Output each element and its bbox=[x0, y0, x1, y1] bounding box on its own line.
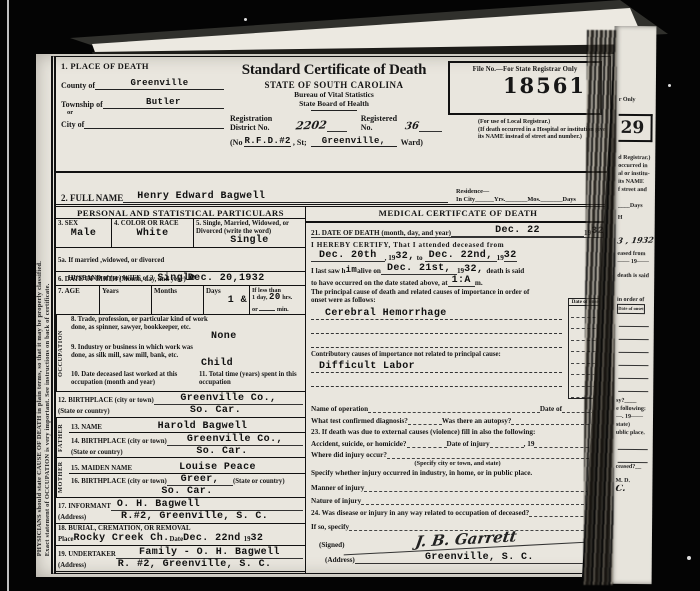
mother-bp-value: Greer, bbox=[167, 474, 233, 486]
burial-date-label: Date bbox=[170, 536, 184, 544]
medical-section-title: MEDICAL CERTIFCATE OF DEATH bbox=[306, 207, 610, 223]
street-value: R.F.D.#2 bbox=[244, 136, 290, 147]
district-blank bbox=[327, 122, 347, 132]
sex-label: 3. SEX bbox=[58, 220, 109, 228]
edge-fragment: f street and bbox=[618, 186, 653, 194]
if-so-label: If so, specify bbox=[311, 523, 349, 531]
age-years-label: Years bbox=[100, 286, 152, 314]
row-operation: Name of operation Date of bbox=[311, 401, 604, 413]
trade-label: 8. Trade, profession, or particular kind… bbox=[71, 316, 211, 342]
next-page-edge: r Only 29 d Registrar.) occurred in al o… bbox=[610, 26, 657, 584]
row-signed: (Signed) J. B. Garrett M. D. bbox=[311, 531, 604, 549]
external-causes-label: 23. If death was due to external causes … bbox=[311, 428, 535, 436]
row-informant: 17. INFORMANT O. H. Bagwell (Address) R.… bbox=[56, 498, 305, 524]
age-less-2: 1 day, bbox=[252, 294, 267, 301]
row-dob: 6. DATE OF BIRTH (Month, day, and year) … bbox=[56, 272, 305, 286]
county-label: County of bbox=[61, 81, 95, 90]
physician-addr-value: Greenville, S. C. bbox=[355, 552, 604, 564]
edge-fragment: in order of bbox=[617, 296, 652, 304]
county-value: Greenville bbox=[95, 78, 224, 90]
signed-label: (Signed) bbox=[319, 541, 345, 549]
local-registrar-note-2: (If death occurred in a Hospital or inst… bbox=[444, 127, 606, 141]
street-ward: Ward) bbox=[401, 138, 423, 147]
city-note: (Specify city or town, and state) bbox=[414, 460, 500, 467]
saw-yr-pre: 19 bbox=[457, 267, 464, 275]
spouse-label-1: 5a. If married ,widowed, or divorced bbox=[58, 257, 164, 264]
row-age: 7. AGE Years Months Days 1 & If less tha… bbox=[56, 286, 305, 315]
row-mother-name: 15. MAIDEN NAME Louise Peace bbox=[69, 458, 305, 474]
father-name-value: Harold Bagwell bbox=[102, 421, 303, 432]
residence-block: Residence— In City______Yrs._______Mos._… bbox=[448, 188, 606, 203]
dod-label: 21. DATE OF DEATH (month, day, and year) bbox=[311, 229, 451, 237]
race-label: 4. COLOR OR RACE bbox=[114, 220, 191, 228]
row-father-birthplace: 14. BIRTHPLACE (city or town) Greenville… bbox=[69, 433, 305, 457]
birthplace-sub: (State or country) bbox=[58, 408, 128, 416]
industry-label: 9. Industry or business in which work wa… bbox=[71, 344, 201, 369]
from-yr-pre: , 19 bbox=[385, 254, 396, 262]
row-where-injury: Where did injury occur? bbox=[311, 448, 604, 459]
city-label: City of bbox=[61, 120, 84, 129]
city-value-blank bbox=[84, 117, 224, 129]
burial-date: Dec. 22nd bbox=[183, 533, 241, 544]
informant-addr-label: (Address) bbox=[58, 514, 86, 522]
edge-fragment: r Only bbox=[619, 96, 654, 104]
accident-label: Accident, suicide, or homicide? bbox=[311, 440, 407, 448]
age-less-4: or bbox=[252, 306, 258, 313]
father-bp-label: 14. BIRTHPLACE (city or town) bbox=[71, 438, 167, 446]
certificate-form: 1. PLACE OF DEATH County of Greenville T… bbox=[51, 56, 611, 574]
street-city: Greenville, bbox=[311, 136, 397, 147]
burial-label: 18. BURIAL, CREMATION, OR REMOVAL bbox=[58, 525, 303, 533]
burial-place-label: Place bbox=[58, 536, 73, 544]
mother-bp-value2: So. Car. bbox=[71, 486, 303, 497]
trade-value: None bbox=[211, 331, 237, 342]
principal-label-2: onset were as follows: bbox=[311, 297, 604, 305]
informant-label: 17. INFORMANT bbox=[58, 503, 111, 511]
edge-fragment: ublic place. bbox=[616, 429, 651, 437]
dust-speck bbox=[687, 556, 691, 560]
operation-label: Name of operation bbox=[311, 405, 368, 413]
row-date-of-death: 21. DATE OF DEATH (month, day, and year)… bbox=[311, 223, 604, 237]
age-less-5: min. bbox=[277, 306, 289, 313]
injury-19: , 19 bbox=[524, 440, 535, 448]
dust-speck bbox=[668, 84, 671, 87]
age-min-blank bbox=[259, 301, 275, 311]
marital-value: Single bbox=[196, 235, 303, 246]
hour-value: 1:A bbox=[448, 275, 475, 287]
undertaker-value: Family - O. H. Bagwell bbox=[116, 547, 303, 559]
attended-from: Dec. 20th bbox=[311, 250, 385, 262]
edge-fragment: ____Days bbox=[618, 202, 653, 210]
informant-value: O. H. Bagwell bbox=[111, 499, 303, 511]
hour-m: m. bbox=[475, 279, 483, 287]
township-label: Township of bbox=[61, 100, 103, 109]
saw-date: Dec. 21st, bbox=[381, 263, 457, 275]
saw-alive: alive on bbox=[357, 267, 381, 275]
physician-addr-label: (Address) bbox=[325, 556, 355, 564]
row-nature: Nature of injury bbox=[311, 492, 604, 505]
file-number-box: File No.—For State Registrar Only 18561 bbox=[448, 61, 602, 115]
row-undertaker: 19. UNDERTAKER Family - O. H. Bagwell (A… bbox=[56, 546, 305, 572]
registered-label: Registered No. bbox=[361, 114, 399, 132]
mother-side-label: MOTHER bbox=[56, 458, 69, 497]
personal-column: PERSONAL AND STATISTICAL PARTICULARS 3. … bbox=[56, 207, 306, 573]
edge-fragment: eased from bbox=[617, 250, 652, 258]
row-accident: Accident, suicide, or homicide? Date of … bbox=[311, 436, 604, 448]
or-label: or bbox=[67, 109, 224, 116]
undertaker-label: 19. UNDERTAKER bbox=[58, 551, 116, 559]
state-line: STATE OF SOUTH CAROLINA bbox=[226, 80, 442, 90]
document-title: Standard Certificate of Death bbox=[226, 62, 442, 79]
saw-him: im bbox=[346, 265, 358, 275]
occupation-side-label: OCCUPATION bbox=[56, 315, 69, 391]
age-less-cell: If less than 1 day, 20 hrs. or min. bbox=[250, 286, 305, 314]
edge-fragment: 3 , 1932 bbox=[617, 236, 655, 245]
row-external-causes: 23. If death was due to external causes … bbox=[311, 425, 604, 436]
edge-fragment: H bbox=[618, 214, 653, 222]
full-name-label: 2. FULL NAME bbox=[61, 193, 123, 203]
row-trade: 8. Trade, profession, or particular kind… bbox=[69, 315, 305, 343]
sex-value: Male bbox=[58, 228, 109, 239]
file-number-block: File No.—For State Registrar Only 18561 … bbox=[442, 57, 610, 171]
dob-value: Dec. 20,1932 bbox=[188, 273, 265, 284]
certify-text: I HEREBY CERTIFY, That I attended deceas… bbox=[311, 241, 504, 249]
nature-label: Nature of injury bbox=[311, 497, 361, 505]
margin-note-line: PHYSICIANS should state CAUSE OF DEATH i… bbox=[36, 96, 43, 556]
row-specify-note: Specify whether injury occurred in indus… bbox=[311, 467, 604, 477]
book-binding-crease bbox=[583, 30, 617, 585]
form-header: 1. PLACE OF DEATH County of Greenville T… bbox=[56, 57, 610, 173]
test-label: What test confirmed diagnosis? bbox=[311, 417, 408, 425]
margin-instructions: PHYSICIANS should state CAUSE OF DEATH i… bbox=[36, 54, 52, 577]
burial-yr: 32 bbox=[251, 533, 264, 544]
street-mid: , St; bbox=[293, 138, 307, 147]
row-birthplace: 12. BIRTHPLACE (city or town) Greenville… bbox=[56, 392, 305, 418]
to-yr: 32 bbox=[504, 250, 517, 262]
bureau-line: Bureau of Vital Statistics bbox=[226, 90, 442, 99]
operation-date-label: Date of bbox=[540, 405, 562, 413]
medical-column: MEDICAL CERTIFCATE OF DEATH 21. DATE OF … bbox=[306, 207, 610, 573]
edge-fragment: Date of onset bbox=[617, 304, 645, 314]
edge-fragment: death is said bbox=[617, 272, 652, 280]
full-name-value: Henry Edward Bagwell bbox=[137, 191, 265, 202]
residence-label: Residence— bbox=[456, 188, 489, 195]
saw-yr: 32, bbox=[464, 264, 483, 275]
district-label: Registration District No. bbox=[230, 114, 294, 132]
certificate-paper: PHYSICIANS should state CAUSE OF DEATH i… bbox=[36, 54, 614, 577]
full-name-row: 2. FULL NAME Henry Edward Bagwell Reside… bbox=[56, 173, 610, 207]
residence-line: In City______Yrs._______Mos._______Days bbox=[456, 196, 576, 203]
to-yr-pre: 19 bbox=[497, 254, 504, 262]
injury-date-label: Date of injury bbox=[447, 440, 490, 448]
contributory-label: Contributory causes of importance not re… bbox=[311, 351, 604, 359]
age-less-3: hrs. bbox=[282, 294, 292, 301]
undertaker-addr: R. #2, Greenville, S. C. bbox=[86, 559, 303, 570]
row-mother-birthplace: 16. BIRTHPLACE (city or town) Greer, (St… bbox=[69, 474, 305, 497]
personal-section-title: PERSONAL AND STATISTICAL PARTICULARS bbox=[56, 207, 305, 219]
manner-label: Manner of injury bbox=[311, 484, 364, 492]
where-injury-label: Where did injury occur? bbox=[311, 451, 387, 459]
file-number-value: 18561 bbox=[450, 73, 600, 98]
principal-cause-value: Cerebral Hemorrhage bbox=[311, 308, 447, 319]
industry-value: Child bbox=[201, 358, 233, 369]
row-industry: 9. Industry or business in which work wa… bbox=[69, 343, 305, 370]
father-bp-value2: So. Car. bbox=[141, 446, 303, 457]
contributory-value: Difficult Labor bbox=[311, 361, 415, 372]
board-line: State Board of Health bbox=[226, 99, 442, 108]
row-sex-race-marital: 3. SEX Male 4. COLOR OR RACE White 5. Si… bbox=[56, 219, 305, 248]
district-value: 2202 bbox=[295, 118, 328, 132]
mother-group: MOTHER 15. MAIDEN NAME Louise Peace 16. … bbox=[56, 458, 305, 498]
row-burial: 18. BURIAL, CREMATION, OR REMOVAL Place … bbox=[56, 524, 305, 546]
attended-to: Dec. 22nd, bbox=[425, 250, 497, 262]
father-name-label: 13. NAME bbox=[71, 424, 102, 432]
row-spouse: 5a. If married ,widowed, or divorced HUS… bbox=[56, 248, 305, 272]
age-days-value: 1 & bbox=[206, 295, 247, 306]
birthplace-label: 12. BIRTHPLACE (city or town) bbox=[58, 397, 154, 405]
certify-block: I HEREBY CERTIFY, That I attended deceas… bbox=[311, 237, 604, 287]
registered-value: 36 bbox=[404, 121, 420, 132]
edge-fragment: C. bbox=[615, 485, 626, 493]
birthplace-value: Greenville Co., bbox=[154, 393, 303, 405]
row-manner: Manner of injury bbox=[311, 477, 604, 492]
photo-edge-line bbox=[7, 0, 9, 591]
occupation-group: OCCUPATION 8. Trade, profession, or part… bbox=[56, 315, 305, 392]
to-label: to bbox=[417, 254, 423, 262]
dust-speck bbox=[244, 18, 247, 21]
undertaker-addr-label: (Address) bbox=[58, 562, 86, 570]
age-days-cell: Days 1 & bbox=[204, 286, 250, 314]
birthplace-value2: So. Car. bbox=[128, 405, 303, 416]
from-yr: 32, bbox=[395, 251, 414, 262]
race-value: White bbox=[114, 228, 191, 239]
place-of-death-title: 1. PLACE OF DEATH bbox=[61, 61, 224, 71]
local-registrar-note-1: (For use of Local Registrar.) bbox=[444, 119, 606, 126]
mother-bp-label: 16. BIRTHPLACE (city or town) bbox=[71, 478, 167, 486]
burial-place: Rocky Creek Ch. bbox=[73, 533, 169, 544]
father-bp-value: Greenville Co., bbox=[167, 434, 303, 446]
divider bbox=[311, 110, 357, 111]
title-block: Standard Certificate of Death STATE OF S… bbox=[226, 57, 442, 171]
edge-fragment: —— 19—— bbox=[617, 258, 652, 266]
occurred-pre: to have occurred on the date stated abov… bbox=[311, 279, 448, 287]
row-filed: 20. FILED 12-24, 19 32 T. R. Jones Regis… bbox=[56, 572, 305, 573]
row-father-name: 13. NAME Harold Bagwell bbox=[69, 418, 305, 433]
father-side-label: FATHER bbox=[56, 418, 69, 457]
street-pre: (No bbox=[230, 138, 242, 147]
mother-name-value: Louise Peace bbox=[132, 462, 303, 473]
marital-label: 5. Single, Married, Widowed, or Divorced… bbox=[196, 220, 303, 235]
file-box-label: File No.—For State Registrar Only bbox=[450, 63, 600, 73]
scanned-death-certificate-photo: PHYSICIANS should state CAUSE OF DEATH i… bbox=[0, 0, 700, 591]
row-test-autopsy: What test confirmed diagnosis? Was there… bbox=[311, 413, 604, 425]
occupation-related-label: 24. Was disease or injury in any way rel… bbox=[311, 509, 529, 517]
edge-fragment-filenumber: 29 bbox=[618, 114, 652, 142]
autopsy-label: Was there an autopsy? bbox=[442, 417, 512, 425]
informant-addr: R.#2, Greenville, S. C. bbox=[86, 511, 303, 522]
saw-post: death is said bbox=[486, 267, 524, 275]
saw-pre: I last saw h bbox=[311, 267, 346, 275]
father-group: FATHER 13. NAME Harold Bagwell 14. BIRTH… bbox=[56, 418, 305, 458]
dob-label: 6. DATE OF BIRTH (Month, day, and year) bbox=[58, 276, 186, 284]
mother-name-label: 15. MAIDEN NAME bbox=[71, 465, 132, 473]
form-columns: PERSONAL AND STATISTICAL PARTICULARS 3. … bbox=[56, 207, 610, 573]
place-of-death-block: 1. PLACE OF DEATH County of Greenville T… bbox=[56, 57, 226, 171]
registered-blank bbox=[419, 122, 442, 132]
dod-value: Dec. 22 bbox=[451, 225, 584, 237]
father-bp-sub: (State or country) bbox=[71, 449, 141, 457]
age-label: 7. AGE bbox=[56, 286, 100, 314]
burial-yr-pre: 19 bbox=[244, 536, 251, 544]
cause-of-death-block: The principal cause of death and related… bbox=[311, 289, 604, 401]
row-city-note: (Specify city or town, and state) bbox=[311, 459, 604, 467]
township-value: Butler bbox=[103, 97, 224, 109]
specify-note: Specify whether injury occurred in indus… bbox=[311, 469, 532, 477]
age-months-label: Months bbox=[152, 286, 204, 314]
mother-bp-sub: (State or country) bbox=[233, 478, 303, 486]
margin-note-line: Exact statement of OCCUPATION is very im… bbox=[44, 96, 51, 556]
edge-fragment: ceased?__ bbox=[616, 463, 651, 471]
row-occupation-related: 24. Was disease or injury in any way rel… bbox=[311, 505, 604, 517]
age-days-label: Days bbox=[206, 287, 221, 295]
